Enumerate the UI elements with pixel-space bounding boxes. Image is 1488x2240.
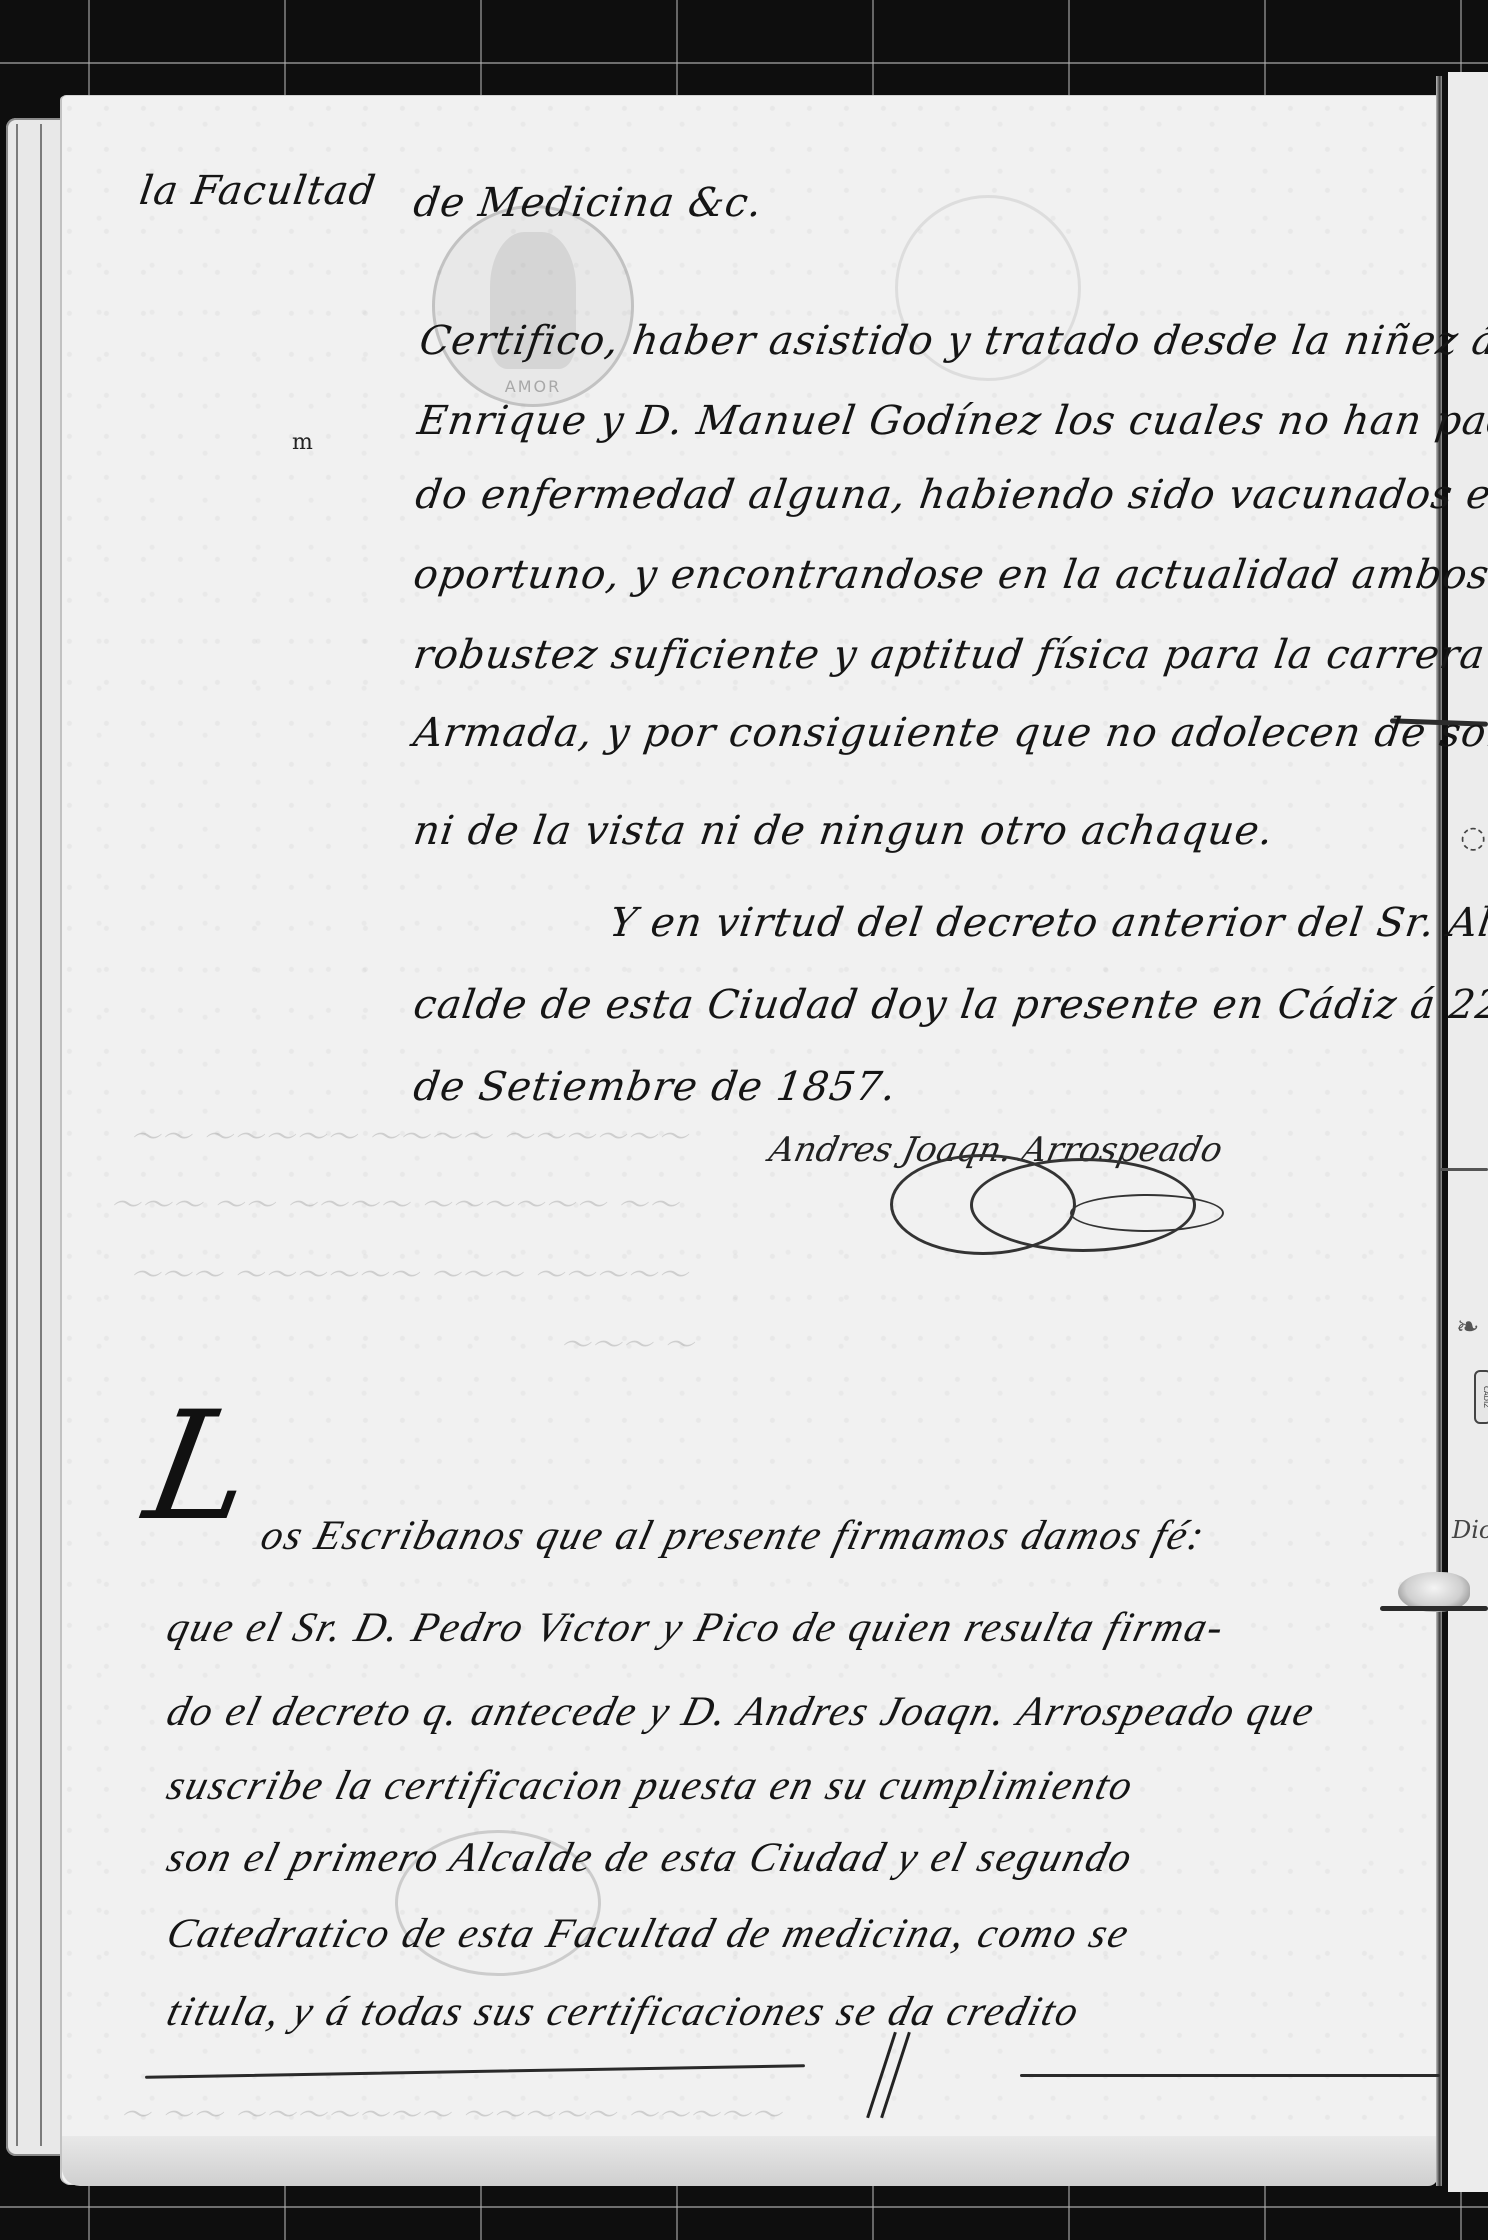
binding-string	[1380, 1606, 1488, 1611]
bleed-through-text: 〜〜〜 〜〜〜〜〜〜 〜〜〜 〜〜〜〜〜	[130, 1250, 689, 1294]
attestation-line: suscribe la certificacion puesta en su c…	[162, 1762, 1139, 1810]
certificate-line: de Setiembre de 1857.	[411, 1064, 900, 1110]
signature-rubric-loop	[1070, 1194, 1224, 1232]
certificate-line: Enrique y D. Manuel Godínez los cuales n…	[415, 398, 1488, 444]
certificate-line: do enfermedad alguna, habiendo sido vacu…	[413, 472, 1488, 518]
stamp-seal-top: AMOR	[432, 205, 634, 407]
attestation-line: titula, y á todas sus certificaciones se…	[162, 1988, 1085, 2036]
facing-page-script-fragment: Dio	[1452, 1516, 1488, 1544]
page-edge-line	[40, 124, 42, 2146]
certificate-line: oportuno, y encontrandose en la actualid…	[411, 552, 1488, 598]
attestation-line: os Escribanos que al presente firmamos d…	[256, 1512, 1211, 1560]
certificate-line: ni de la vista ni de ningun otro achaque…	[411, 808, 1277, 854]
cadiz-label: CADIZ	[1474, 1370, 1488, 1424]
bleed-through-text: 〜〜 〜〜〜〜〜 〜〜〜〜 〜〜〜〜〜〜	[130, 1112, 689, 1156]
binding-gutter	[1436, 76, 1442, 2186]
attestation-line: Catedratico de esta Facultad de medicina…	[162, 1910, 1135, 1958]
facing-page-script: ◌	[1460, 820, 1486, 855]
attestation-line: que el Sr. D. Pedro Victor y Pico de qui…	[162, 1604, 1230, 1652]
bird-ornament-icon: ❧	[1456, 1310, 1479, 1343]
certificate-line: calde de esta Ciudad doy la presente en …	[411, 982, 1488, 1028]
closing-rule-right	[1020, 2074, 1440, 2077]
signature-block: Andres Joaqn. Arrospeado	[770, 1114, 1250, 1244]
certificate-line: robustez suficiente y aptitud física par…	[411, 632, 1488, 678]
seal-legend: AMOR	[505, 377, 561, 396]
certificate-line: Y en virtud del decreto anterior del Sr.…	[607, 900, 1488, 946]
binding-string	[1440, 1168, 1488, 1171]
attestation-line: son el primero Alcalde de esta Ciudad y …	[162, 1834, 1138, 1882]
certificate-line: Certifico, haber asistido y tratado desd…	[417, 318, 1488, 364]
heading-left: la Facultad	[137, 168, 379, 214]
margin-annotation: m	[292, 430, 313, 455]
certificate-line: Armada, y por consiguiente que no adolec…	[411, 710, 1488, 756]
bleed-through-text: 〜 〜〜 〜〜〜〜〜〜〜 〜〜〜〜〜 〜〜〜〜〜	[120, 2090, 782, 2134]
facing-page	[1448, 72, 1488, 2192]
heading-right: de Medicina &c.	[411, 180, 766, 226]
bleed-through-text: 〜〜〜 〜〜 〜〜〜〜 〜〜〜〜〜〜 〜〜	[110, 1180, 679, 1224]
page-edge-line	[16, 124, 18, 2146]
worn-bottom-edge	[62, 2136, 1438, 2186]
attestation-line: do el decreto q. antecede y D. Andres Jo…	[162, 1688, 1320, 1736]
bleed-through-text: 〜〜〜 〜	[560, 1320, 695, 1364]
